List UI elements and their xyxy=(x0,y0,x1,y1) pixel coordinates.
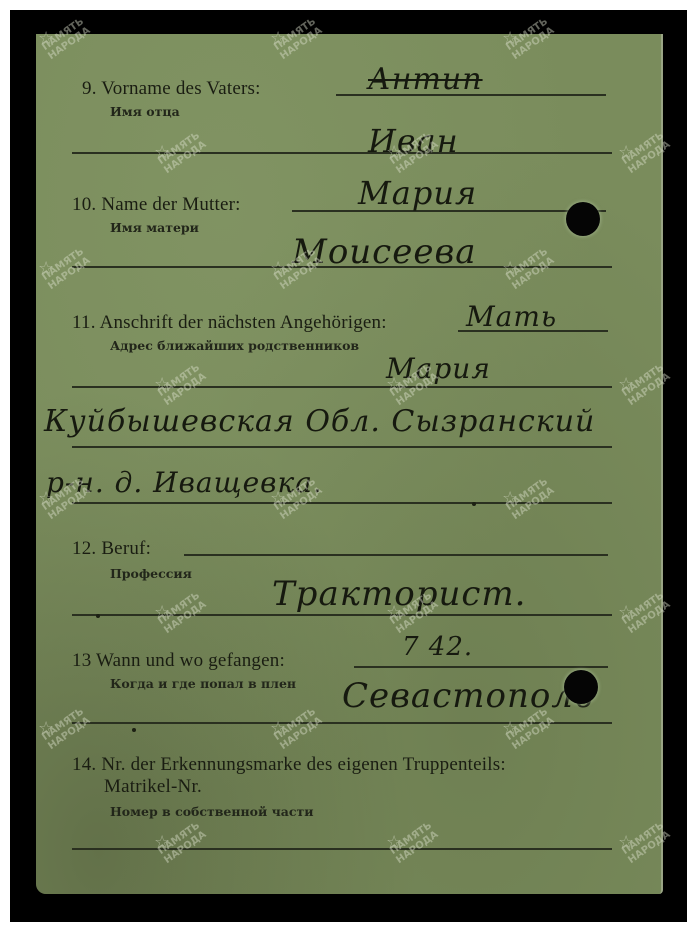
ink-dot xyxy=(472,502,476,506)
field-10-value-1: Мария xyxy=(358,174,477,212)
field-11-label-de: 11. Anschrift der nächsten Angehörigen: xyxy=(72,312,387,334)
field-9-value-crossed: Антип xyxy=(368,62,483,97)
field-14-label-de: 14. Nr. der Erkennungsmarke des eigenen … xyxy=(72,754,506,776)
field-10-value-2: Моисеева xyxy=(292,232,477,272)
field-10-label-de: 10. Name der Mutter: xyxy=(72,194,241,216)
ink-dot xyxy=(96,614,100,618)
field-11-rule-1 xyxy=(458,330,608,332)
field-9-label-de: 9. Vorname des Vaters: xyxy=(82,78,261,100)
field-12-rule-1 xyxy=(184,554,608,556)
ink-dot xyxy=(132,728,136,732)
punch-hole-top xyxy=(566,202,600,236)
field-13-label-de: 13 Wann und wo gefangen: xyxy=(72,650,285,672)
field-13-rule-2 xyxy=(72,722,612,724)
field-11-rule-3 xyxy=(72,446,612,448)
field-11-value-2: Куйбышевская Обл. Сызранский xyxy=(44,404,595,439)
field-11-label-ru: Адрес ближайших родственников xyxy=(110,338,359,353)
field-11-value-3: р-н. д. Иващевка. xyxy=(46,466,323,499)
field-13-label-ru: Когда и где попал в плен xyxy=(110,676,296,691)
field-9-value: Иван xyxy=(368,122,459,160)
field-9-label-ru: Имя отца xyxy=(110,104,180,119)
field-12-value: Тракторист. xyxy=(272,574,526,614)
punch-hole-bottom xyxy=(564,670,598,704)
field-12-rule-2 xyxy=(72,614,612,616)
field-13-value-inline: 7 42. xyxy=(402,632,473,662)
field-9-rule-2 xyxy=(72,152,612,154)
field-11-rule-2 xyxy=(72,386,612,388)
field-12-label-ru: Профессия xyxy=(110,566,192,581)
field-11-rule-4 xyxy=(72,502,612,504)
field-13-value: Севастополь xyxy=(342,676,593,716)
field-14-label-de-2: Matrikel-Nr. xyxy=(104,776,202,798)
field-12-label-de: 12. Beruf: xyxy=(72,538,151,560)
field-14-rule xyxy=(72,848,612,850)
field-14-label-ru: Номер в собственной части xyxy=(110,804,314,819)
field-11-value-inline: Мать xyxy=(466,300,557,333)
field-10-label-ru: Имя матери xyxy=(110,220,199,235)
field-11-value-1: Мария xyxy=(386,352,491,385)
document-card: 9. Vorname des Vaters: Имя отца Антип Ив… xyxy=(36,34,663,894)
field-13-rule-1 xyxy=(354,666,608,668)
